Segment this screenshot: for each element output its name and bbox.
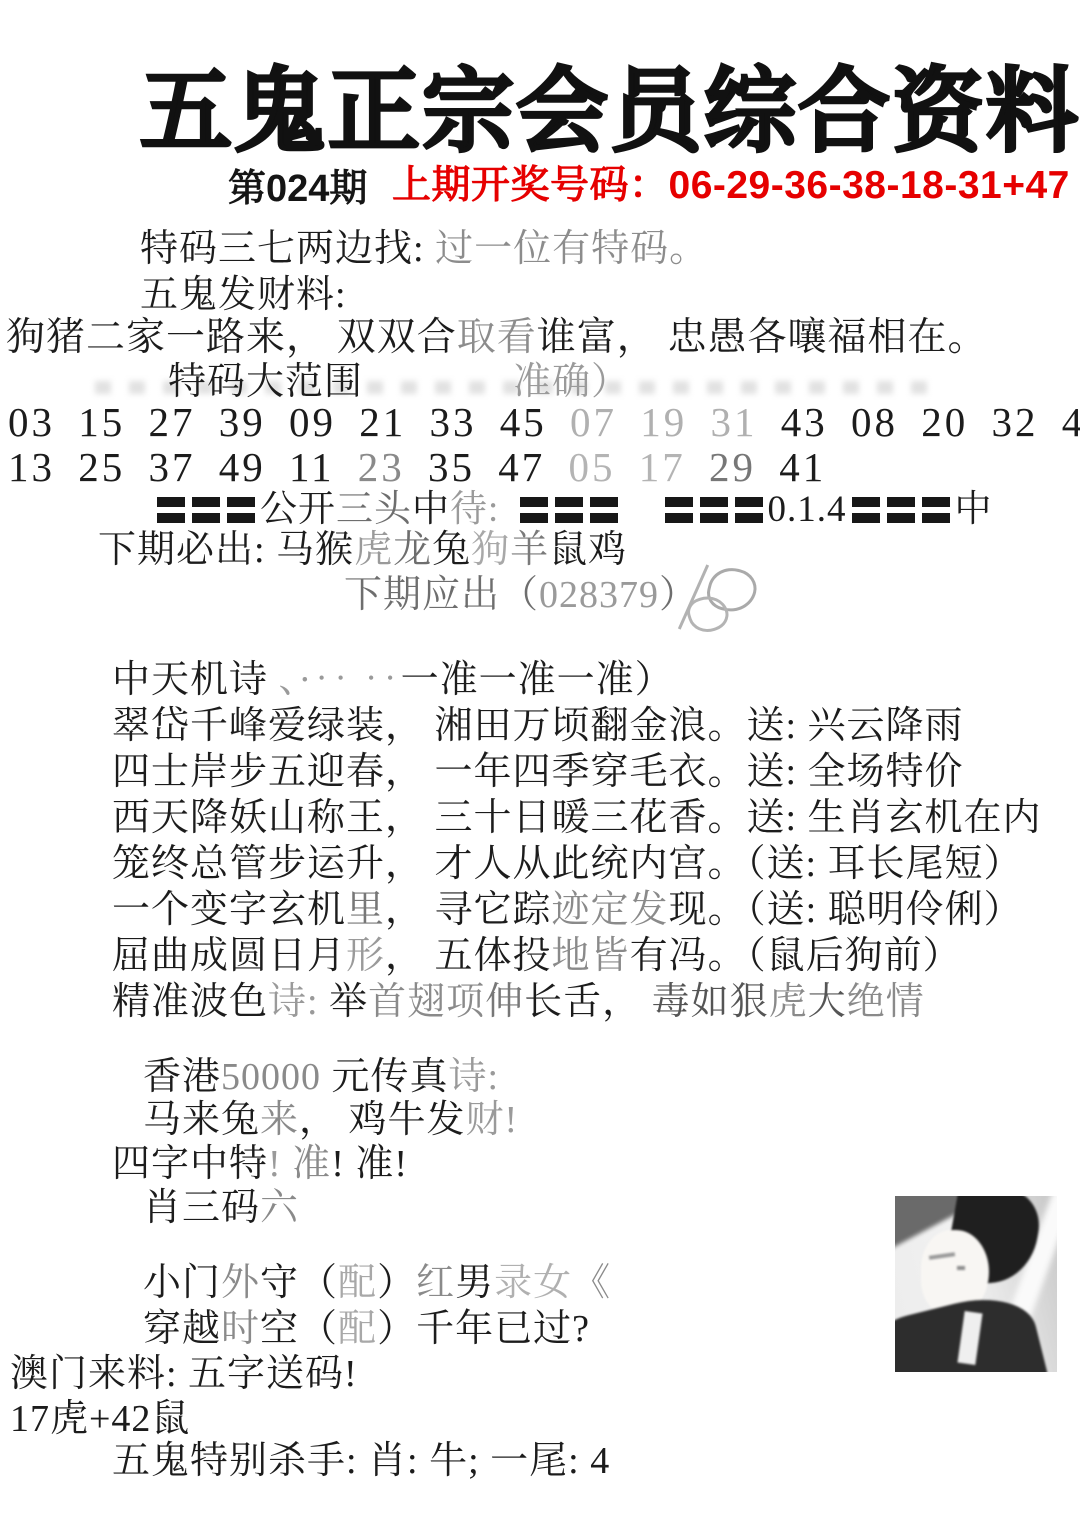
- poem-line: 笼终总管步运升， 才人从此统内宫。（送: 耳长尾短）: [112, 843, 1023, 887]
- double-bar-blocks-icon: [665, 491, 763, 534]
- ink-scribble: [686, 566, 756, 638]
- poem-line: 屈曲成圆日月形， 五体投地皆有冯。（鼠后狗前）: [112, 935, 962, 979]
- double-bar-blocks-icon: [520, 491, 618, 534]
- last-draw-numbers: 上期开奖号码：06-29-36-38-18-31+47: [392, 154, 1070, 210]
- issue-number: 第024期: [228, 157, 367, 212]
- number-row: 03 15 27 39 09 21 33 45 07 19 31 43 08 2…: [8, 399, 1080, 446]
- special-killer-line: 五鬼特别杀手: 肖: 牛; 一尾: 4: [112, 1440, 610, 1484]
- tiger-rat-numbers-line: 17虎+42鼠: [10, 1398, 190, 1442]
- fax-poem-line: 马来兔来， 鸡牛发财!: [143, 1099, 518, 1143]
- next-issue-must-line: 下期必出: 马猴虎龙兔狗羊鼠鸡: [98, 529, 627, 573]
- poem-line: 一个变字玄机里， 寻它踪迹定发现。（送: 聪明伶俐）: [112, 889, 1023, 933]
- double-bar-blocks-icon: [852, 491, 950, 534]
- pairing-line: 穿越时空（配）千年已过?: [143, 1308, 590, 1352]
- poem-line: 四士岸步五迎春， 一年四季穿毛衣。送: 全场特价: [112, 751, 964, 795]
- wugui-fortune-label: 五鬼发财料:: [140, 274, 347, 318]
- photo-eye: [957, 1266, 965, 1270]
- page-title: 五鬼正宗会员综合资料: [140, 38, 1080, 170]
- fortune-verse-line: 狗猪二家一路来， 双双合取看谁富， 忠愚各嚷福相在。: [6, 316, 988, 361]
- pairing-line: 小门外守（配）红男录女《: [143, 1262, 611, 1306]
- poem-line: 翠岱千峰爱绿装， 湘田万顷翻金浪。送: 兴云降雨: [112, 705, 964, 749]
- number-row: 13 25 37 49 11 23 35 47 05 17 29 41: [8, 444, 826, 491]
- sky-secret-poem-title: 中天机诗 、·‥ ‥一准一准一准）: [112, 659, 674, 703]
- portrait-photo: [895, 1196, 1057, 1372]
- hk-fax-poem-title: 香港50000 元传真诗:: [143, 1056, 499, 1100]
- xiao-three-code-line: 肖三码六: [143, 1187, 299, 1231]
- wave-color-poem-line: 精准波色诗: 举首翅项伸长舌， 毒如狠虎大绝情: [112, 981, 925, 1025]
- next-issue-should-line: 下期应出（028379）: [344, 574, 698, 618]
- macau-tip-line: 澳门来料: 五字送码!: [10, 1353, 358, 1397]
- double-bar-blocks-icon: [157, 491, 255, 534]
- poem-line: 西天降妖山称王， 三十日暖三花香。送: 生肖玄机在内: [112, 797, 1042, 841]
- three-heads-line: 公开三头中待: 0.1.4中: [152, 489, 993, 534]
- four-char-special-line: 四字中特! 准! 准!: [112, 1143, 408, 1187]
- special-code-hint-line: 特码三七两边找: 过一位有特码。: [140, 228, 708, 272]
